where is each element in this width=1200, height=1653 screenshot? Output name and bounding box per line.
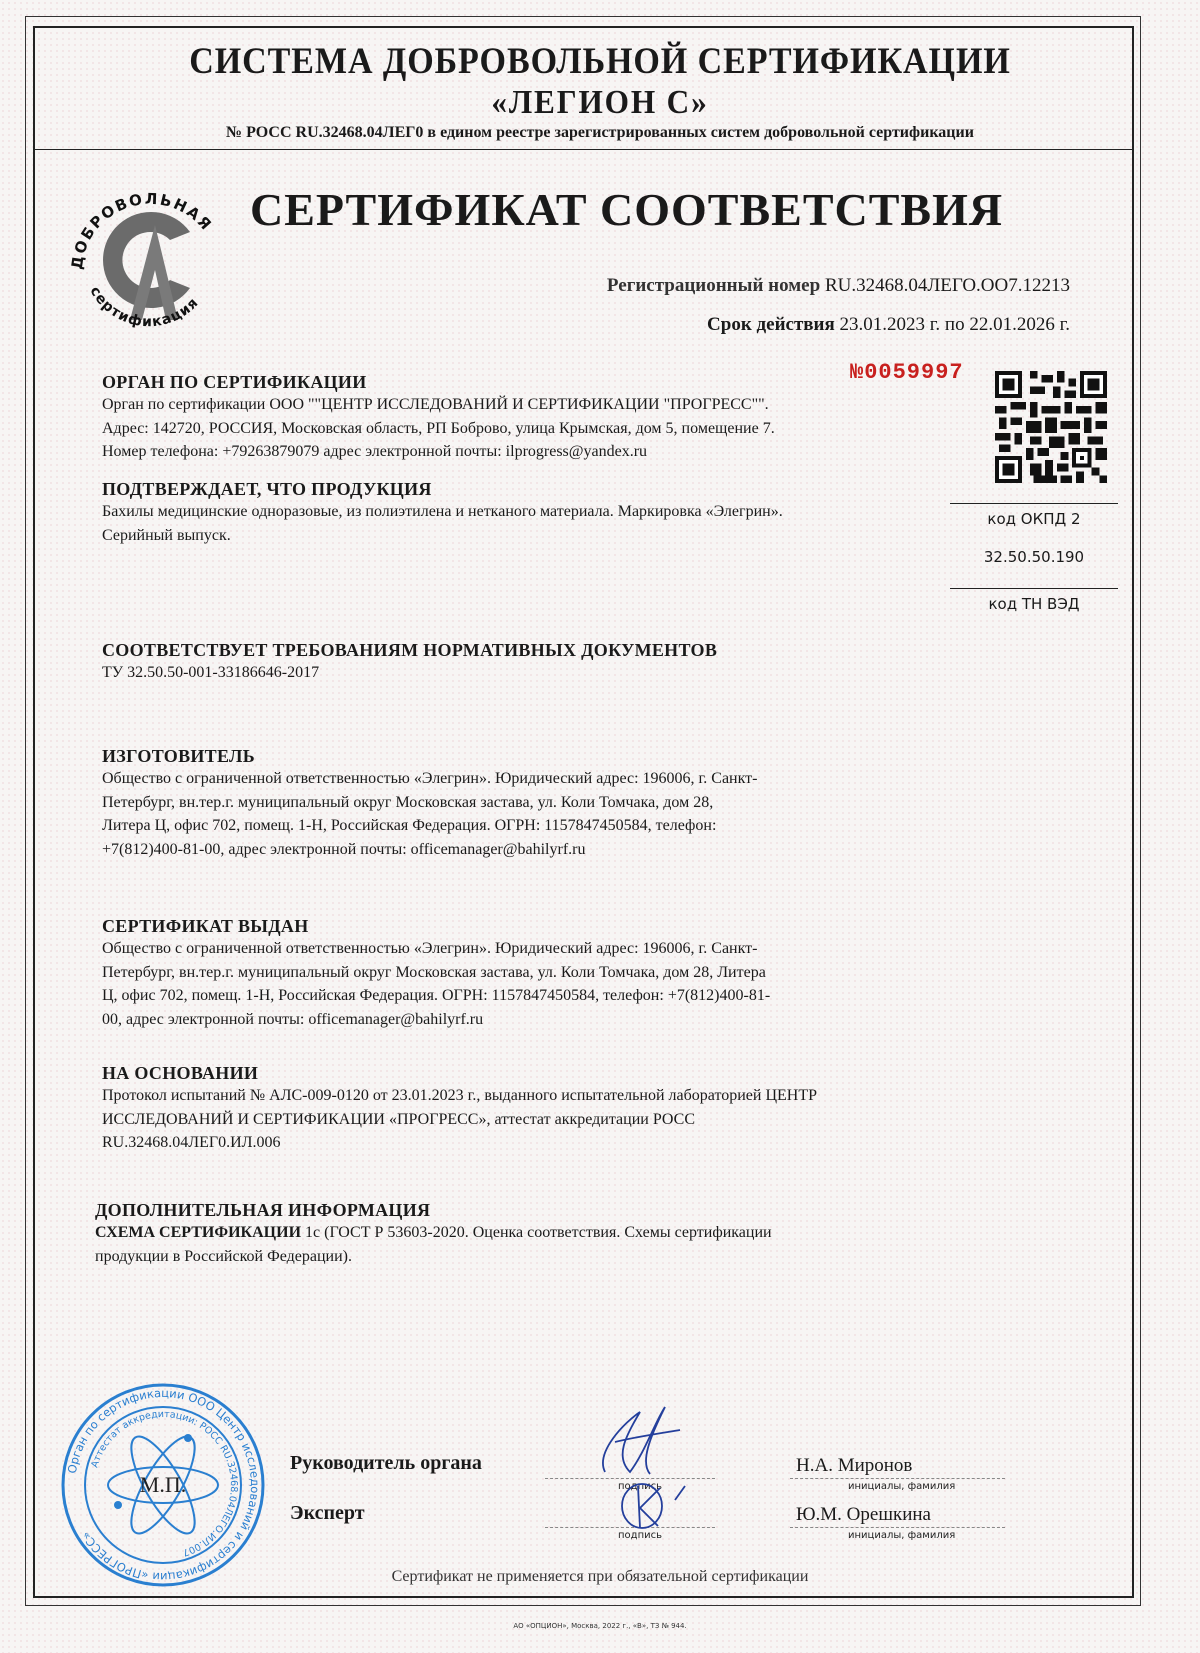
certificate-title: СЕРТИФИКАТ СООТВЕТСТВИЯ	[250, 183, 1003, 236]
section-heading: НА ОСНОВАНИИ	[102, 1063, 982, 1084]
section-heading: ДОПОЛНИТЕЛЬНАЯ ИНФОРМАЦИЯ	[95, 1200, 975, 1221]
body-line: Петербург, вн.тер.г. муниципальный округ…	[102, 961, 982, 985]
system-title: СИСТЕМА ДОБРОВОЛЬНОЙ СЕРТИФИКАЦИИ	[48, 40, 1152, 83]
scheme-text: 1с (ГОСТ Р 53603-2020. Оценка соответств…	[301, 1224, 772, 1241]
svg-text:М.П.: М.П.	[140, 1472, 186, 1497]
section-product: ПОДТВЕРЖДАЕТ, ЧТО ПРОДУКЦИЯ Бахилы медиц…	[102, 479, 982, 547]
section-requirements: СООТВЕТСТВУЕТ ТРЕБОВАНИЯМ НОРМАТИВНЫХ ДО…	[102, 640, 982, 685]
section-issued-to: СЕРТИФИКАТ ВЫДАН Общество с ограниченной…	[102, 916, 982, 1031]
section-heading: ПОДТВЕРЖДАЕТ, ЧТО ПРОДУКЦИЯ	[102, 479, 982, 500]
body-line: Петербург, вн.тер.г. муниципальный округ…	[102, 791, 982, 815]
section-basis: НА ОСНОВАНИИ Протокол испытаний № АЛС-00…	[102, 1063, 982, 1155]
section-heading: СЕРТИФИКАТ ВЫДАН	[102, 916, 982, 937]
name-caption: инициалы, фамилия	[848, 1481, 955, 1492]
head-signature-icon	[595, 1402, 685, 1482]
body-line: 00, адрес электронной почты: officemanag…	[102, 1008, 982, 1032]
body-line: продукции в Российской Федерации).	[95, 1245, 975, 1269]
body-line: RU.32468.04ЛЕГ0.ИЛ.006	[102, 1131, 982, 1155]
body-line: Общество с ограниченной ответственностью…	[102, 937, 982, 961]
body-line: Бахилы медицинские одноразовые, из полиэ…	[102, 500, 982, 524]
section-certification-body: ОРГАН ПО СЕРТИФИКАЦИИ Орган по сертифика…	[102, 372, 982, 464]
expert-signature-icon	[600, 1478, 710, 1533]
section-additional-info: ДОПОЛНИТЕЛЬНАЯ ИНФОРМАЦИЯ СХЕМА СЕРТИФИК…	[95, 1200, 975, 1268]
registration-value: RU.32468.04ЛЕГО.ОО7.12213	[825, 275, 1070, 296]
tnved-value	[950, 619, 1118, 631]
section-manufacturer: ИЗГОТОВИТЕЛЬ Общество с ограниченной отв…	[102, 746, 982, 861]
registration-label: Регистрационный номер	[607, 275, 820, 296]
scheme-line: СХЕМА СЕРТИФИКАЦИИ 1с (ГОСТ Р 53603-2020…	[95, 1221, 975, 1245]
body-line: Серийный выпуск.	[102, 524, 982, 548]
system-name: «ЛЕГИОН С»	[48, 84, 1152, 122]
head-name-line	[790, 1478, 1005, 1479]
body-line: +7(812)400-81-00, адрес электронной почт…	[102, 838, 982, 862]
section-heading: ИЗГОТОВИТЕЛЬ	[102, 746, 982, 767]
body-line: Номер телефона: +79263879079 адрес элект…	[102, 440, 982, 464]
body-line: Адрес: 142720, РОССИЯ, Московская област…	[102, 417, 982, 441]
body-line: Общество с ограниченной ответственностью…	[102, 767, 982, 791]
qr-code-icon	[995, 368, 1107, 486]
tnved-label: код ТН ВЭД	[950, 589, 1118, 619]
body-line: Ц, офис 702, помещ. 1-Н, Российская Феде…	[102, 984, 982, 1008]
body-line: Литера Ц, офис 702, помещ. 1-Н, Российск…	[102, 814, 982, 838]
expert-label: Эксперт	[290, 1502, 365, 1525]
ca-logo-icon: ДОБРОВОЛЬНАЯ сертификация	[60, 170, 235, 345]
validity-label: Срок действия	[707, 314, 835, 335]
expert-name-line	[790, 1527, 1005, 1528]
body-line: Протокол испытаний № АЛС-009-0120 от 23.…	[102, 1084, 982, 1108]
validity-value: 23.01.2023 г. по 22.01.2026 г.	[840, 314, 1070, 335]
section-heading: СООТВЕТСТВУЕТ ТРЕБОВАНИЯМ НОРМАТИВНЫХ ДО…	[102, 640, 982, 661]
seal-stamp-icon: Орган по сертификации ООО Центр исследов…	[58, 1380, 268, 1590]
name-caption: инициалы, фамилия	[848, 1530, 955, 1541]
head-label: Руководитель органа	[290, 1452, 482, 1475]
body-line: ИССЛЕДОВАНИЙ И СЕРТИФИКАЦИИ «ПРОГРЕСС», …	[102, 1108, 982, 1132]
body-line: ТУ 32.50.50-001-33186646-2017	[102, 661, 982, 685]
registry-line: № РОСС RU.32468.04ЛЕГ0 в едином реестре …	[0, 124, 1200, 142]
head-name: Н.А. Миронов	[796, 1455, 912, 1477]
footer-note: Сертификат не применяется при обязательн…	[0, 1568, 1200, 1586]
registration-number: Регистрационный номер RU.32468.04ЛЕГО.ОО…	[607, 275, 1070, 297]
header-divider	[33, 149, 1133, 150]
signature-caption: подпись	[618, 1530, 662, 1541]
printer-info: АО «ОПЦИОН», Москва, 2022 г., «В», ТЗ № …	[0, 1622, 1200, 1630]
validity-period: Срок действия 23.01.2023 г. по 22.01.202…	[707, 314, 1070, 336]
scheme-label: СХЕМА СЕРТИФИКАЦИИ	[95, 1224, 301, 1241]
expert-name: Ю.М. Орешкина	[796, 1504, 931, 1526]
section-heading: ОРГАН ПО СЕРТИФИКАЦИИ	[102, 372, 982, 393]
body-line: Орган по сертификации ООО ""ЦЕНТР ИССЛЕД…	[102, 393, 982, 417]
